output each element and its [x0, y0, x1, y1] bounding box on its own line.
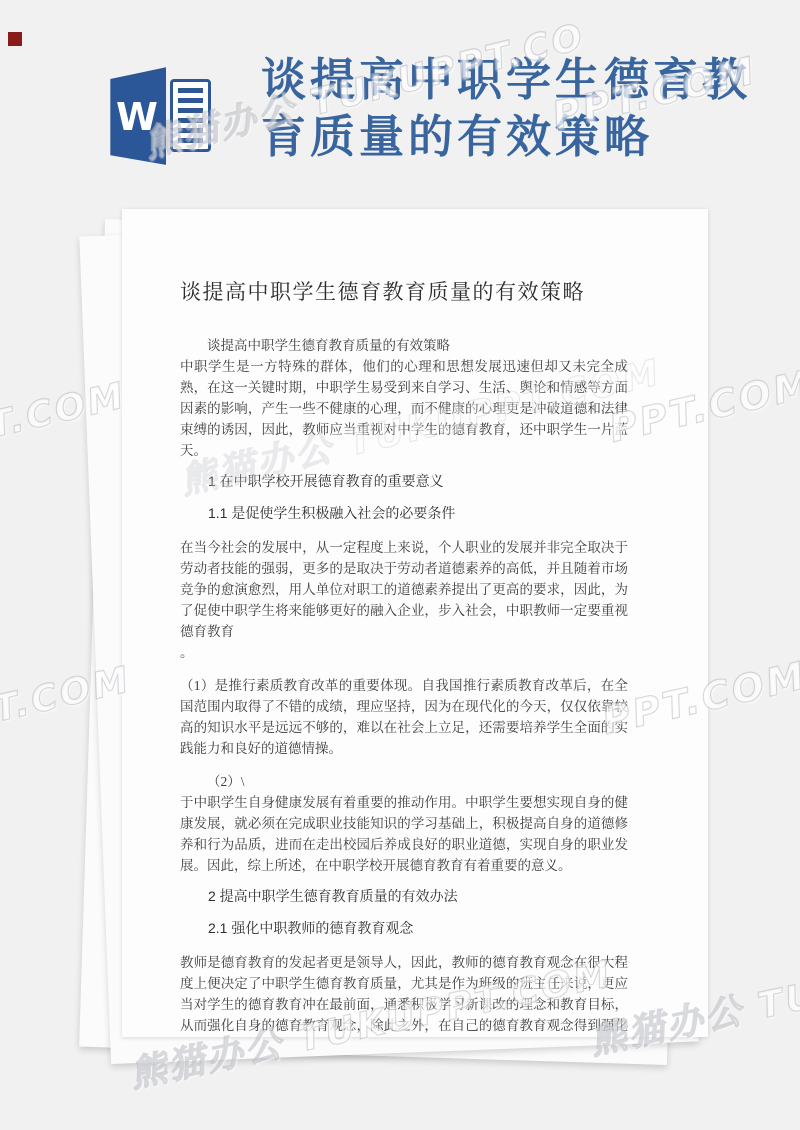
preview-screen: W 谈提高中职学生德育教 育质量的有效策略 谈提高中职学生德育教育质量的有效策略…	[0, 0, 800, 1130]
word-document-icon: W	[108, 62, 220, 168]
word-icon-letter: W	[116, 95, 158, 139]
document-title-link[interactable]: 谈提高中职学生德育教 育质量的有效策略	[261, 52, 781, 166]
document-body: 谈提高中职学生德育教育质量的有效策略中职学生是一方特殊的群体，他们的心理和思想发…	[180, 335, 628, 1037]
doc-paragraph: 。	[180, 642, 628, 663]
doc-paragraph: 在当今社会的发展中，从一定程度上来说，个人职业的发展并非完全取决于劳动者技能的强…	[180, 537, 628, 642]
word-icon-cover: W	[108, 62, 166, 168]
doc-paragraph: 中职学生是一方特殊的群体，他们的心理和思想发展迅速但却又未完全成熟，在这一关键时…	[180, 356, 628, 461]
corner-marker	[8, 32, 22, 46]
doc-paragraph: 教师是德育教育的发起者更是领导人，因此，教师的德育教育观念在很大程度上便决定了中…	[180, 952, 628, 1037]
doc-paragraph: 于中职学生自身健康发展有着重要的推动作用。中职学生要想实现自身的健康发展，就必须…	[180, 792, 628, 876]
word-icon-page	[170, 79, 211, 152]
doc-heading: 1.1 是促使学生积极融入社会的必要条件	[180, 501, 628, 525]
word-icon-text-lines	[178, 88, 203, 143]
doc-paragraph: （2）\	[180, 771, 628, 792]
document-title-line2: 育质量的有效策略	[261, 109, 781, 166]
document-page: 谈提高中职学生德育教育质量的有效策略 谈提高中职学生德育教育质量的有效策略中职学…	[122, 209, 708, 1037]
document-inner-title: 谈提高中职学生德育教育质量的有效策略	[180, 277, 628, 307]
doc-heading: 2 提高中职学生德育教育质量的有效办法	[180, 884, 628, 908]
document-content: 谈提高中职学生德育教育质量的有效策略 谈提高中职学生德育教育质量的有效策略中职学…	[122, 209, 708, 1037]
doc-paragraph: （1）是推行素质教育改革的重要体现。自我国推行素质教育改革后，在全国范围内取得了…	[180, 675, 628, 759]
doc-paragraph: 谈提高中职学生德育教育质量的有效策略	[180, 335, 628, 356]
doc-heading: 2.1 强化中职教师的德育教育观念	[180, 916, 628, 940]
document-title-line1: 谈提高中职学生德育教	[261, 52, 781, 109]
doc-heading: 1 在中职学校开展德育教育的重要意义	[180, 469, 628, 493]
